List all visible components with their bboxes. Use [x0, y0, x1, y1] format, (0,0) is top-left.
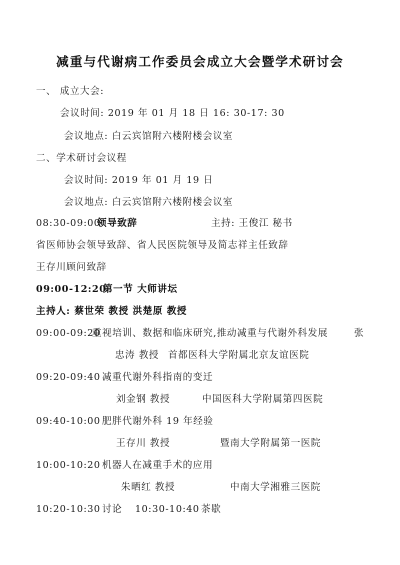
section2-location: 会议地点: 白云宾馆附六楼附楼会议室: [64, 197, 233, 209]
opening-speech-2: 王存川顾问致辞: [36, 262, 107, 274]
talk-4-time: 10:00-10:20: [36, 460, 101, 472]
discussion-time: 10:20-10:30: [36, 504, 101, 516]
talk-3-topic: 肥胖代谢外科 19 年经验: [102, 416, 213, 428]
session1-hosts: 主持人: 蔡世荣 教授 洪楚原 教授: [36, 306, 187, 318]
discussion-label: 讨论: [102, 504, 122, 516]
talk-4-speaker: 朱晒红 教授: [121, 482, 175, 494]
talk-1-institution: 首都医科大学附属北京友谊医院: [168, 350, 309, 362]
talk-2-topic: 减重代谢外科指南的变迁: [102, 372, 213, 384]
opening-title: 领导致辞: [97, 218, 137, 230]
section1-time: 会议时间: 2019 年 01 月 18 日 16: 30-17: 30: [60, 108, 285, 120]
talk-3-speaker: 王存川 教授: [116, 438, 170, 450]
section2-heading: 二、学术研讨会议程: [36, 153, 127, 165]
section2-time: 会议时间: 2019 年 01 月 19 日: [64, 175, 213, 187]
opening-time: 08:30-09:00: [36, 218, 101, 230]
talk-3-time: 09:40-10:00: [36, 416, 101, 428]
opening-speech-1: 省医师协会领导致辞、省人民医院领导及简志祥主任致辞: [36, 240, 289, 252]
talk-1-speaker: 忠涛 教授: [115, 350, 159, 362]
session1-title: 第一节 大师讲坛: [103, 284, 178, 296]
talk-1-topic: 重视培训、数据和临床研究,推动减重与代谢外科发展: [92, 328, 328, 340]
talk-3-institution: 暨南大学附属第一医院: [220, 438, 321, 450]
section1-heading: 一、 成立大会:: [36, 86, 104, 98]
section1-location: 会议地点: 白云宾馆附六楼附楼会议室: [64, 131, 233, 143]
talk-1-time: 09:00-09:20: [36, 328, 101, 340]
break-label: 茶歇: [201, 504, 221, 516]
session1-time: 09:00-12:20: [36, 284, 106, 296]
document-page: 减重与代谢病工作委员会成立大会暨学术研讨会 一、 成立大会: 会议时间: 201…: [0, 0, 400, 565]
talk-2-speaker: 刘金钢 教授: [116, 394, 170, 406]
talk-4-topic: 机器人在减重手术的应用: [102, 460, 213, 472]
talk-2-time: 09:20-09:40: [36, 372, 101, 384]
document-title: 减重与代谢病工作委员会成立大会暨学术研讨会: [0, 52, 400, 70]
opening-host: 主持: 王俊江 秘书: [211, 218, 293, 230]
talk-1-speaker-first-char: 张: [354, 328, 364, 340]
break-time: 10:30-10:40: [135, 504, 200, 516]
talk-4-institution: 中南大学湘雅三医院: [230, 482, 321, 494]
talk-2-institution: 中国医科大学附属第四医院: [202, 394, 323, 406]
